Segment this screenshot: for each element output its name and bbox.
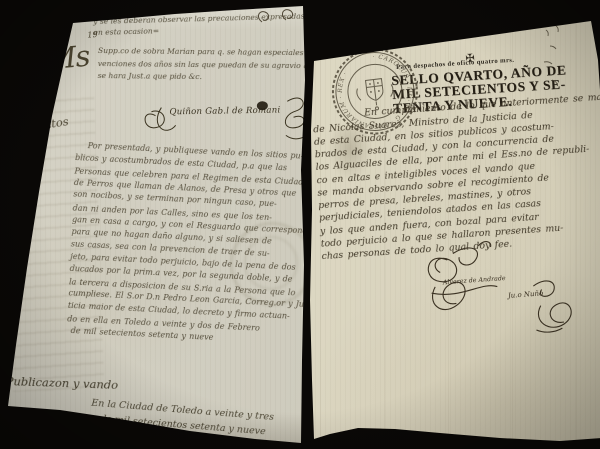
handwriting-line: se hara Just.a que pido &c. <box>98 70 346 85</box>
corner-flourish-marks <box>252 6 300 28</box>
decree-paragraph: Por presentada, y publiquese vando en lo… <box>66 140 318 349</box>
dateline-block: En la Ciudad de Toledo a veinte y tres d… <box>44 393 275 440</box>
calligraphic-initial: CMs19 <box>26 30 101 78</box>
initial-superscript: 19 <box>87 30 98 40</box>
initial-letters: Ms <box>45 39 90 77</box>
initial-swash: C <box>27 45 48 78</box>
petition-block: Supp.co de sobra Marian para q. se hagan… <box>98 45 346 85</box>
document-photo: y se les deberan observar las precaucion… <box>0 0 600 449</box>
margin-pen-marks <box>540 24 574 90</box>
signature-name: Alvarez de Andrade <box>442 275 506 286</box>
signature-name: Ju.o Nuño <box>506 289 544 300</box>
crown-icon <box>356 34 381 49</box>
signatures-rubrics: Alvarez de Andrade Ju.o Nuño <box>418 231 585 350</box>
